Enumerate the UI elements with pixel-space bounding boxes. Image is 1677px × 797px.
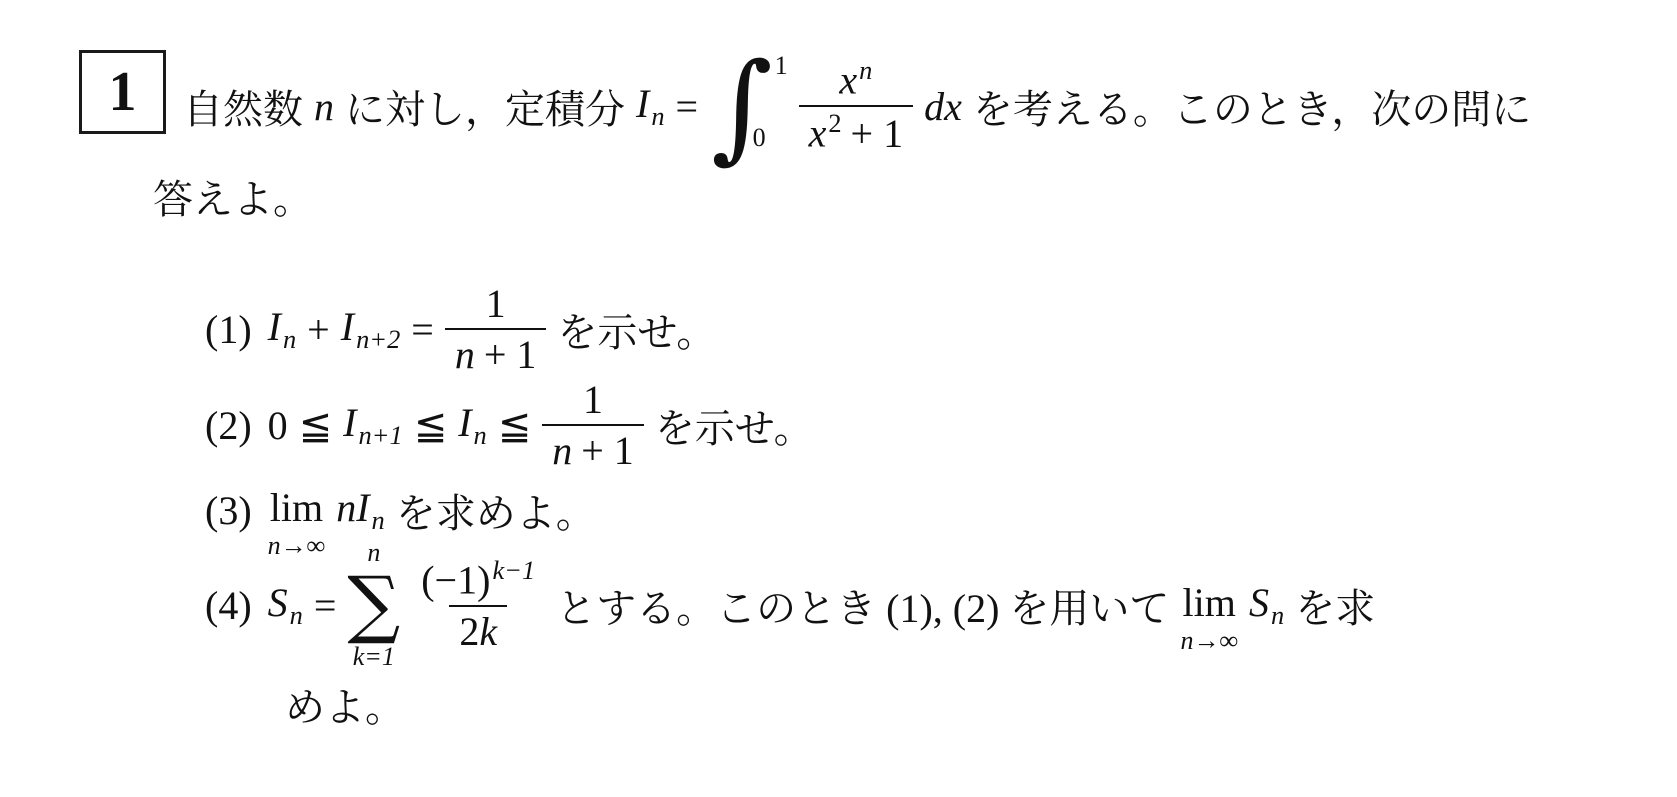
num-base: (−1): [421, 558, 490, 603]
I-subscript: n+1: [358, 420, 402, 450]
fraction-numerator: xn: [829, 54, 882, 105]
q3-term-nIn: nIn: [336, 484, 385, 535]
q1-term-In: In: [268, 303, 297, 354]
fraction-denominator: x2+ 1: [799, 105, 914, 158]
lim-word: lim: [1183, 583, 1236, 623]
question-2-label: (2): [205, 402, 252, 449]
S-base: S: [268, 580, 288, 625]
q4-text-mid: とする。このとき (1), (2) を用いて: [556, 577, 1169, 634]
question-2: (2) 0 ≦ In+1 ≦ In ≦ 1 n+ 1 を示せ。: [205, 375, 814, 475]
S-subscript: n: [1271, 600, 1284, 630]
q3-instruction: を求めよ。: [396, 482, 596, 539]
I-base: I: [458, 400, 471, 445]
I-subscript: n: [283, 324, 296, 354]
I-subscript: n: [372, 505, 385, 535]
question-4-label: (4): [205, 582, 252, 629]
I-subscript: n: [474, 420, 487, 450]
question-4-continuation: めよ。: [285, 676, 405, 733]
integrand-fraction: xn x2+ 1: [799, 54, 914, 157]
intro-text-before-n: 自然数: [183, 78, 303, 135]
den-n: n: [455, 332, 475, 377]
intro-line-1: 自然数 n に対し，定積分 In = ∫ 1 0 xn x2+ 1 dx を考え…: [183, 45, 1531, 167]
den-exponent: 2: [828, 108, 841, 138]
lim-subscript: n→∞: [1180, 628, 1238, 654]
equals-sign: =: [314, 582, 337, 629]
num-exponent: k−1: [492, 555, 535, 585]
q2-instruction: を示せ。: [655, 397, 814, 454]
fraction-numerator: (−1)k−1: [411, 554, 545, 605]
zero: 0: [268, 402, 288, 449]
integral-lower-limit: 0: [753, 123, 766, 153]
fraction-numerator: 1: [476, 279, 516, 328]
var-n: n: [314, 83, 334, 130]
intro-text-after: を考える。このとき，次の問に: [973, 78, 1531, 135]
fraction-numerator: 1: [573, 375, 613, 424]
intro-text-mid: に対し，定積分: [345, 78, 625, 135]
question-1: (1) In + In+2 = 1 n+ 1 を示せ。: [205, 279, 716, 379]
lim-word: lim: [270, 488, 323, 528]
limit-operator: lim n→∞: [1180, 583, 1238, 654]
S-subscript: n: [290, 600, 303, 630]
equals-sign: =: [676, 83, 699, 130]
I-base: I: [343, 400, 356, 445]
dx-term: dx: [924, 83, 962, 130]
I-base: I: [268, 304, 281, 349]
equals-sign: =: [411, 306, 434, 353]
fraction-denominator: 2k: [449, 605, 507, 656]
I-base: I: [356, 485, 369, 530]
problem-number: 1: [109, 60, 137, 124]
plus-sign: +: [307, 306, 330, 353]
q2-term-In: In: [458, 399, 487, 450]
fraction-denominator: n+ 1: [445, 328, 547, 379]
coef-n: n: [336, 485, 356, 530]
leq-sign: ≦: [498, 402, 532, 449]
num-x: x: [839, 58, 857, 103]
integral-limits: 1 0: [773, 47, 786, 165]
den-coef: 2: [459, 609, 479, 654]
q4-term-Sn: Sn: [268, 579, 303, 630]
sigma-sign: ∑: [347, 569, 400, 639]
q1-term-In2: In+2: [341, 303, 401, 354]
q4-fraction: (−1)k−1 2k: [411, 554, 545, 656]
sum-lower-limit: k=1: [353, 644, 395, 670]
I-base: I: [636, 81, 649, 126]
den-rest: + 1: [484, 332, 537, 377]
question-4: (4) Sn = n ∑ k=1 (−1)k−1 2k とする。このとき (1)…: [205, 535, 1375, 675]
I-base: I: [341, 304, 354, 349]
integral-upper-limit: 1: [775, 51, 788, 81]
I-subscript: n+2: [356, 324, 400, 354]
q4-term-Sn-2: Sn: [1249, 579, 1284, 630]
summation-operator: n ∑ k=1: [347, 540, 400, 670]
num-exponent: n: [859, 55, 872, 85]
q2-term-In1: In+1: [343, 399, 403, 450]
S-base: S: [1249, 580, 1269, 625]
den-rest: + 1: [851, 111, 904, 156]
q1-instruction: を示せ。: [557, 301, 716, 358]
intro-line-2: 答えよ。: [153, 168, 313, 225]
definite-integral: ∫ 1 0: [711, 47, 785, 165]
q4-text-end: を求: [1295, 577, 1375, 634]
q1-fraction: 1 n+ 1: [445, 279, 547, 379]
problem-sheet: 1 自然数 n に対し，定積分 In = ∫ 1 0 xn x2+ 1 dx を…: [0, 0, 1677, 797]
den-k: k: [479, 609, 497, 654]
den-x: x: [809, 111, 827, 156]
I-subscript: n: [651, 101, 664, 131]
I-n-term: In: [636, 80, 665, 131]
question-3-label: (3): [205, 487, 252, 534]
leq-sign: ≦: [414, 402, 448, 449]
q2-fraction: 1 n+ 1: [542, 375, 644, 475]
question-1-label: (1): [205, 306, 252, 353]
leq-sign: ≦: [299, 402, 333, 449]
problem-number-box: 1: [79, 50, 166, 134]
